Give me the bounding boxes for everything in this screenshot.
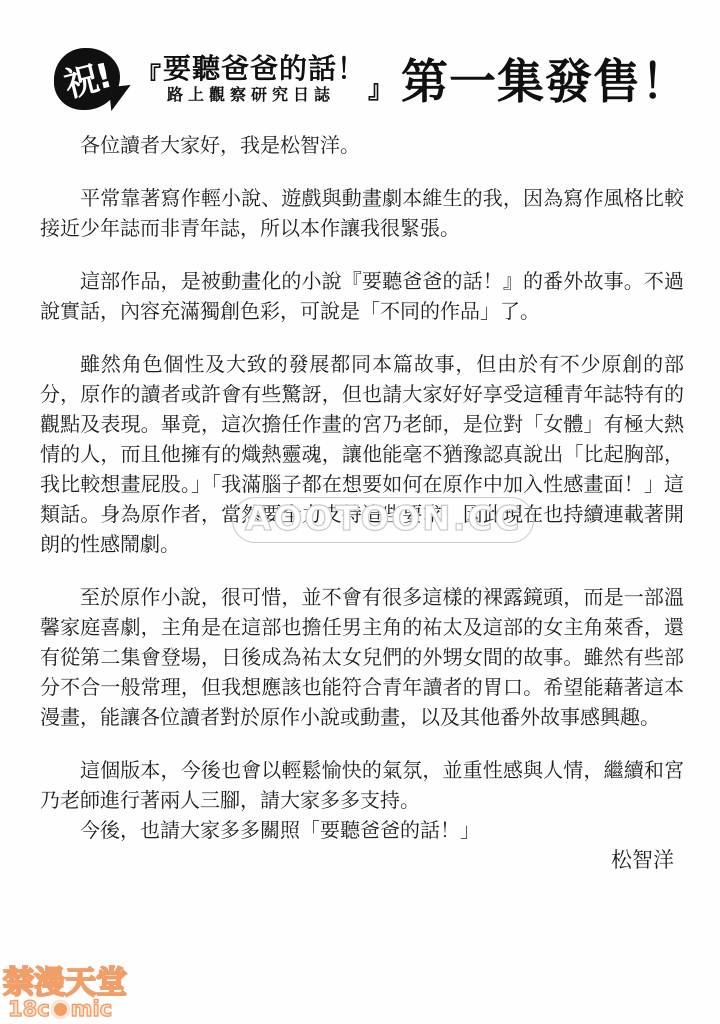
series-title-subtitle: 路上觀察研究日誌 <box>167 85 366 104</box>
series-title-lines: 要聽爸爸的話！ 路上觀察研究日誌 <box>163 53 366 104</box>
title-banner: 祝! 『 要聽爸爸的話！ 路上觀察研究日誌 』 第一集發售！ <box>54 36 690 120</box>
series-title-main: 要聽爸爸的話！ <box>163 53 366 85</box>
title-open-bracket: 『 <box>136 57 161 93</box>
paragraph-closing: 今後，也請大家多多關照「要聽爸爸的話！」 <box>40 815 684 845</box>
site-id-suffix: mic <box>71 998 113 1020</box>
paragraph-future: 這個版本，今後也會以輕鬆愉快的氣氛，並重性感與人情，繼續和宮乃老師進行著兩人三腳… <box>40 755 684 815</box>
center-watermark: AOOTOON.CC <box>232 497 534 543</box>
site-id-prefix: 18c <box>8 998 50 1020</box>
release-announcement: 第一集發售！ <box>401 45 689 112</box>
title-close-bracket: 』 <box>368 70 393 106</box>
author-signature: 松智洋 <box>40 845 684 875</box>
site-logo-icon <box>51 1000 70 1019</box>
paragraph-original-novel: 至於原作小說，很可惜，並不會有很多這樣的裸露鏡頭，而是一部溫馨家庭喜劇，主角是在… <box>40 582 684 732</box>
site-watermark-id: 18c mic <box>8 998 127 1020</box>
paragraph-about-work: 這部作品，是被動畫化的小說『要聽爸爸的話！』的番外故事。不過說實話，內容充滿獨創… <box>40 266 684 326</box>
series-title-group: 『 要聽爸爸的話！ 路上觀察研究日誌 』 <box>136 53 393 104</box>
site-watermark-name: 禁漫天堂 <box>3 967 127 1000</box>
site-watermark: 禁漫天堂 18c mic <box>3 967 127 1020</box>
paragraph-background: 平常靠著寫作輕小說、遊戲與動畫劇本維生的我，因為寫作風格比較接近少年誌而非青年誌… <box>40 183 684 243</box>
celebration-speech-bubble: 祝! <box>54 48 120 110</box>
paragraph-greeting: 各位讀者大家好，我是松智洋。 <box>40 130 684 160</box>
scanned-afterword-page: 祝! 『 要聽爸爸的話！ 路上觀察研究日誌 』 第一集發售！ 各位讀者大家好，我… <box>0 0 720 1024</box>
